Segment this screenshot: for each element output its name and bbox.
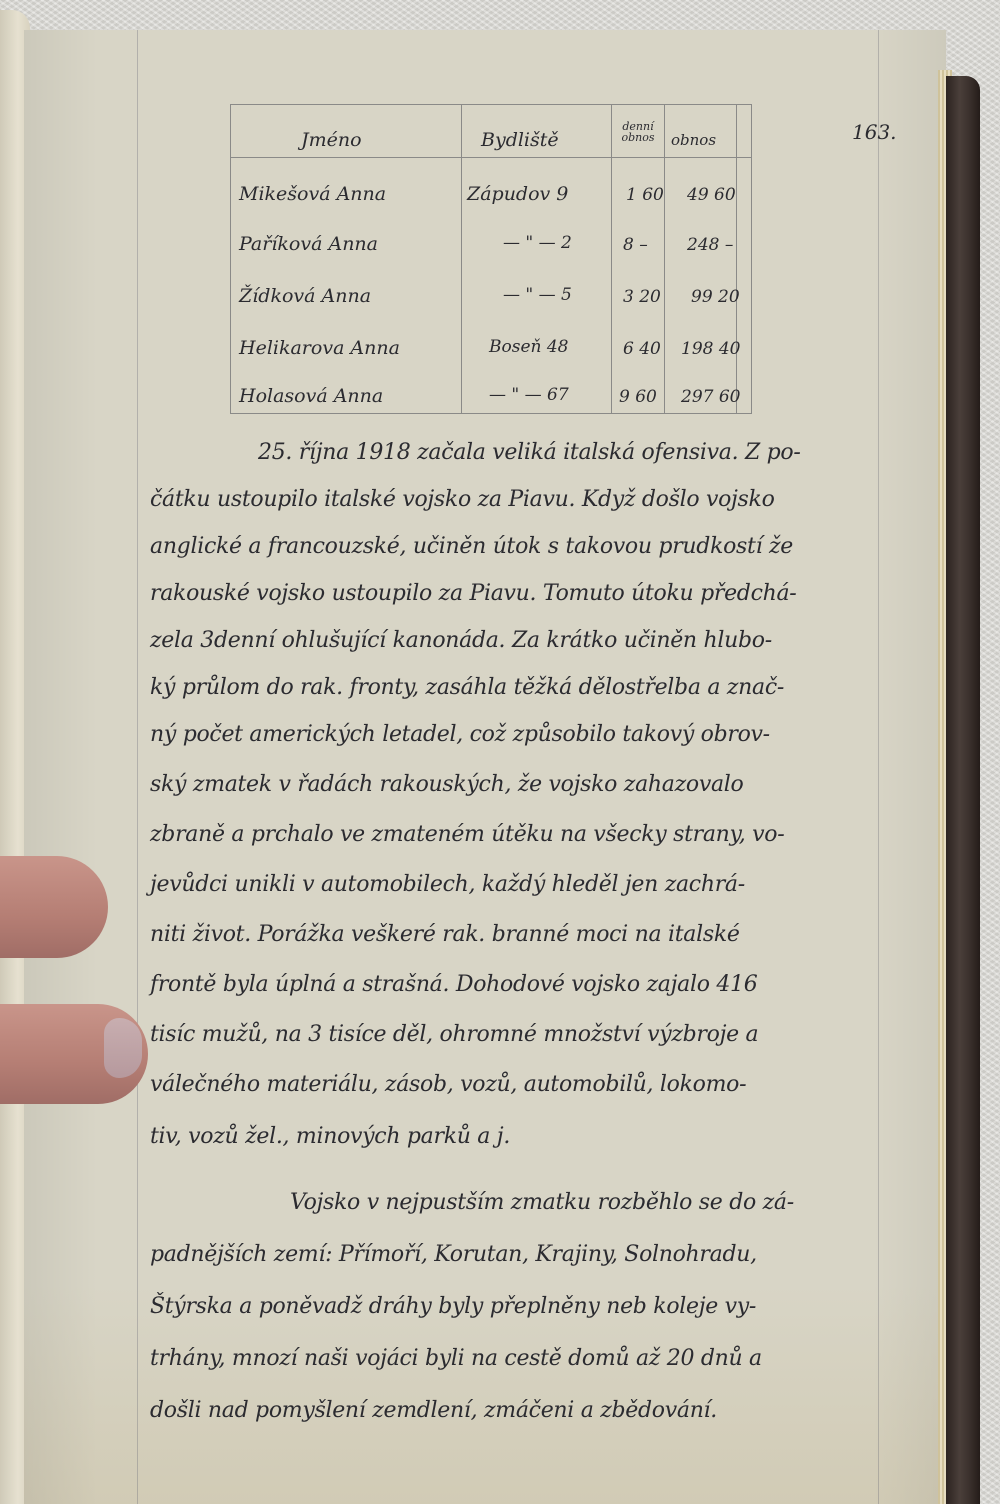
right-margin-line: [878, 30, 879, 1504]
text-line: niti život. Porážka veškeré rak. branné …: [150, 922, 740, 947]
text-line: ný počet amerických letadel, což způsobi…: [150, 722, 770, 747]
left-margin-line: [137, 30, 138, 1504]
text-line: frontě byla úplná a strašná. Dohodové vo…: [150, 972, 757, 997]
text-line: padnějších zemí: Přímoří, Korutan, Kraji…: [150, 1242, 757, 1267]
header-name: Jméno: [301, 129, 362, 151]
text-line: ský zmatek v řadách rakouských, že vojsk…: [150, 772, 743, 797]
donation-table: Jméno Bydliště denní obnos obnos Mikešov…: [230, 104, 752, 414]
text-line: zbraně a prchalo ve zmateném útěku na vš…: [150, 822, 784, 847]
book-spine: [946, 76, 980, 1504]
text-line: 25. října 1918 začala veliká italská ofe…: [258, 440, 801, 465]
text-line: Štýrska a poněvadž dráhy byly přeplněny …: [150, 1294, 756, 1319]
text-line: trhány, mnozí naši vojáci byli na cestě …: [150, 1346, 762, 1371]
header-amount: obnos: [671, 131, 716, 149]
text-line: čátku ustoupilo italské vojsko za Piavu.…: [150, 487, 775, 512]
text-line: zela 3denní ohlušující kanonáda. Za krát…: [150, 628, 772, 653]
fingernail: [104, 1018, 142, 1078]
text-line: došli nad pomyšlení zemdlení, zmáčeni a …: [150, 1398, 717, 1423]
text-line: rakouské vojsko ustoupilo za Piavu. Tomu…: [150, 581, 796, 606]
text-line: tiv, vozů žel., minových parků a j.: [150, 1124, 510, 1149]
text-line: anglické a francouzské, učiněn útok s ta…: [150, 534, 793, 559]
text-line: Vojsko v nejpustším zmatku rozběhlo se d…: [290, 1190, 794, 1215]
text-line: tisíc mužů, na 3 tisíce děl, ohromné mno…: [150, 1022, 758, 1047]
header-residence: Bydliště: [481, 129, 559, 151]
text-line: ký průlom do rak. fronty, zasáhla těžká …: [150, 675, 784, 700]
text-line: válečného materiálu, zásob, vozů, automo…: [150, 1072, 746, 1097]
page-number: 163.: [852, 120, 897, 144]
header-daily-amount: denní obnos: [613, 121, 663, 143]
finger: [0, 856, 108, 958]
text-line: jevůdci unikli v automobilech, každý hle…: [150, 872, 745, 897]
